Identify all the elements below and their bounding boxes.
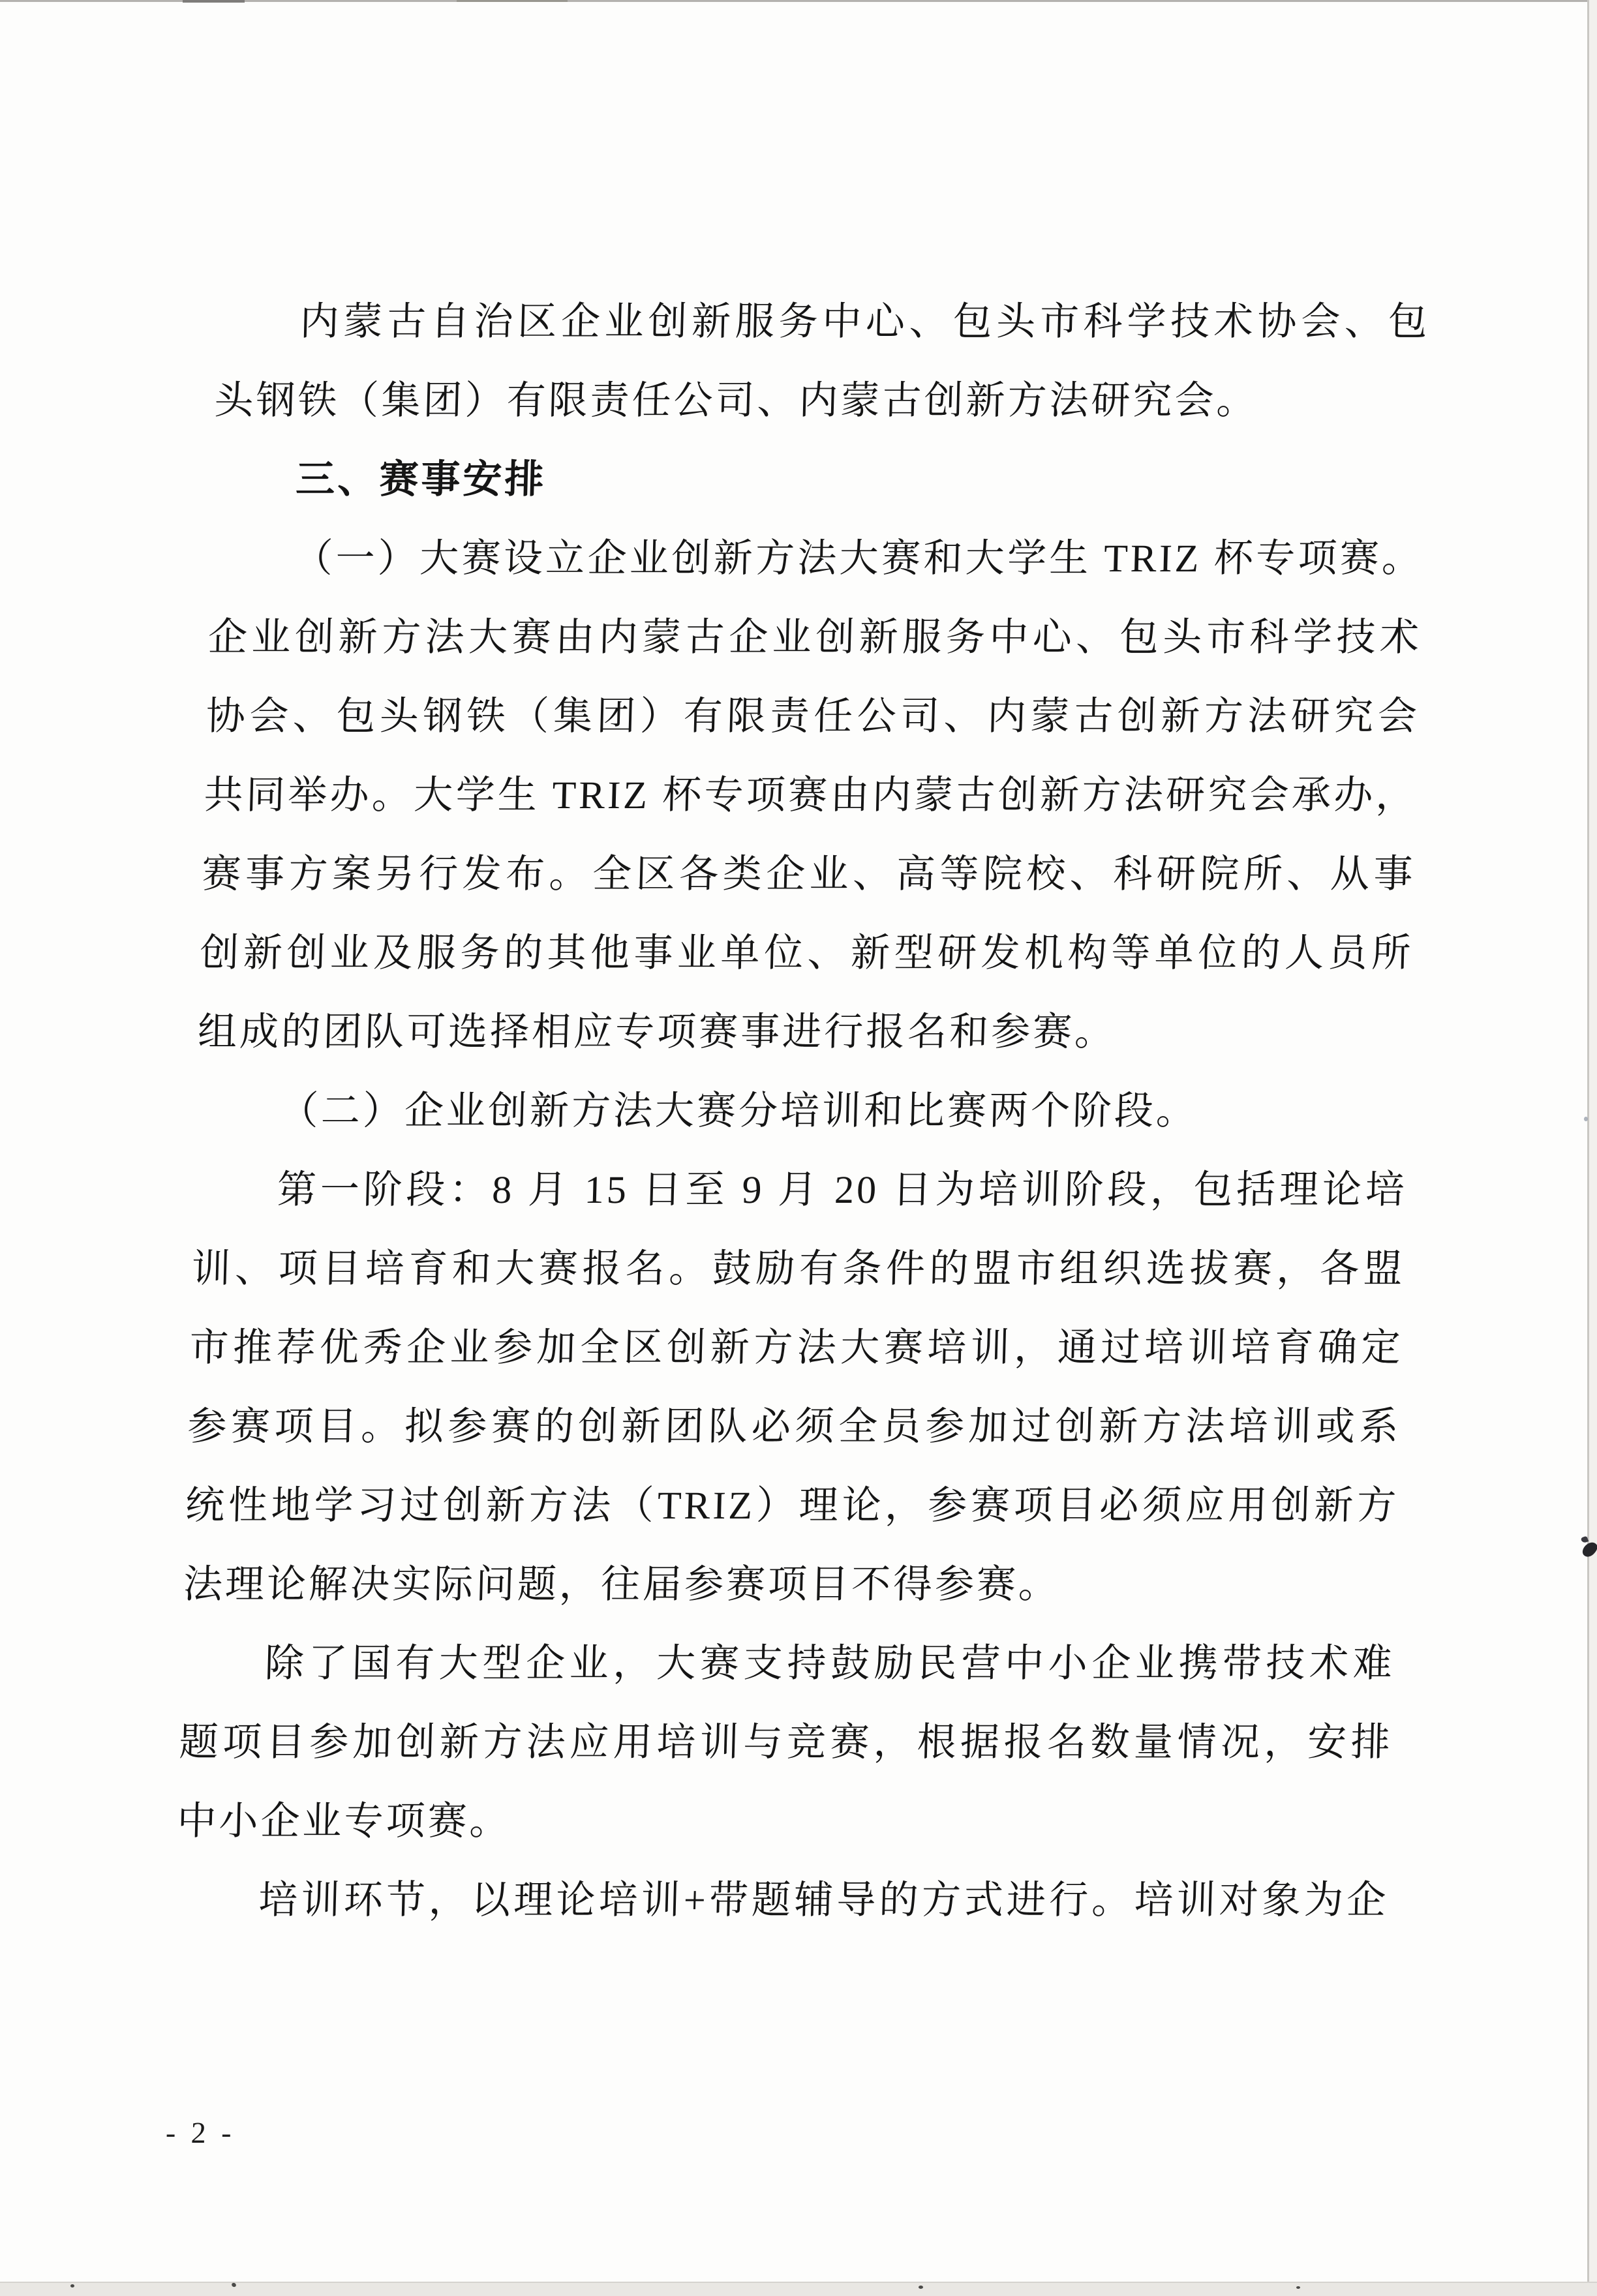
text-line: 第一阶段：8 月 15 日至 9 月 20 日为培训阶段，包括理论培 <box>192 1151 1408 1230</box>
page-number: - 2 - <box>165 2115 236 2150</box>
text-line: 除了国有大型企业，大赛支持鼓励民营中小企业携带技术难 <box>180 1624 1395 1703</box>
scan-bottom-edge <box>0 2282 1597 2296</box>
text-line: 企业创新方法大赛由内蒙古企业创新服务中心、包头市科学技术 <box>207 598 1422 677</box>
scan-page-edge <box>1587 0 1589 2296</box>
text-line: 统性地学习过创新方法（TRIZ）理论，参赛项目必须应用创新方 <box>185 1466 1400 1545</box>
text-line: 赛事方案另行发布。全区各类企业、高等院校、科研院所、从事 <box>201 835 1416 914</box>
scan-speck <box>1296 2286 1300 2289</box>
scan-speck <box>1584 1117 1588 1121</box>
text-line: 内蒙古自治区企业创新服务中心、包头市科学技术协会、包 <box>215 282 1431 361</box>
text-line: 市推荐优秀企业参加全区创新方法大赛培训，通过培训培育确定 <box>189 1308 1404 1387</box>
scan-speck <box>919 2286 923 2289</box>
text-line: 参赛项目。拟参赛的创新团队必须全员参加过创新方法培训或系 <box>187 1387 1402 1466</box>
text-line: 训、项目培育和大赛报名。鼓励有条件的盟市组织选拔赛，各盟 <box>190 1230 1406 1308</box>
text-line: 创新创业及服务的其他事业单位、新型研发机构等单位的人员所 <box>199 914 1414 993</box>
section-heading: 三、赛事安排 <box>211 440 1427 519</box>
scan-right-margin <box>1589 0 1597 2296</box>
text-line: 共同举办。大学生 TRIZ 杯专项赛由内蒙古创新方法研究会承办， <box>203 756 1418 835</box>
scan-top-edge-mark <box>183 0 245 3</box>
scan-speck <box>70 2284 74 2288</box>
text-line: 协会、包头钢铁（集团）有限责任公司、内蒙古创新方法研究会 <box>205 677 1420 756</box>
text-line: 题项目参加创新方法应用培训与竞赛，根据报名数量情况，安排 <box>178 1703 1393 1782</box>
document-body: 内蒙古自治区企业创新服务中心、包头市科学技术协会、包头钢铁（集团）有限责任公司、… <box>174 282 1431 1940</box>
text-line: 法理论解决实际问题，往届参赛项目不得参赛。 <box>182 1545 1397 1624</box>
scan-top-edge-mark <box>457 0 568 2</box>
text-line: 组成的团队可选择相应专项赛事进行报名和参赛。 <box>197 993 1412 1072</box>
text-line: 中小企业专项赛。 <box>176 1782 1392 1861</box>
text-line: 头钢铁（集团）有限责任公司、内蒙古创新方法研究会。 <box>213 361 1429 440</box>
text-line: （一）大赛设立企业创新方法大赛和大学生 TRIZ 杯专项赛。 <box>209 519 1425 598</box>
text-line: 培训环节，以理论培训+带题辅导的方式进行。培训对象为企 <box>174 1861 1390 1940</box>
text-line: （二）企业创新方法大赛分培训和比赛两个阶段。 <box>194 1072 1410 1151</box>
